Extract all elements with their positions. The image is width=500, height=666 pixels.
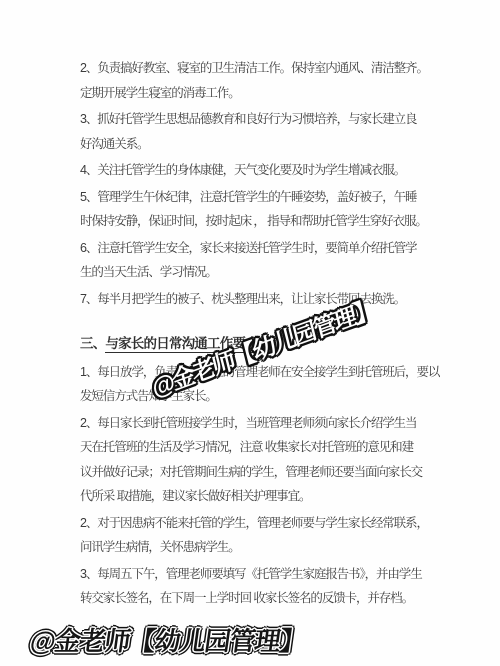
text-line: 转交家长签名，在下周一上学时回 收家长签名的反馈卡，并存档。 [80,586,440,611]
text-line: 定期开展学生寝室的消毒工作。 [80,81,440,106]
paragraph: 6、注意托管学生安全，家长来接送托管学生时，要简单介绍托管学生的当天生活、学习情… [80,236,440,285]
text-line: 发短信方式告知学生家长。 [80,384,440,409]
text-line: 问讯学生病情，关怀患病学生。 [80,535,440,560]
text-line: 3、每周五下午，管理老师要填写《托管学生家庭报告书》，并由学生 [80,562,440,587]
text-line: 议并做好记录；对托管期间生病的学生，管理老师还要当面向家长交 [80,460,440,485]
paragraph: 5、管理学生午休纪律，注意托管学生的午睡姿势，盖好被子，午睡时保持安静，保证时间… [80,185,440,234]
text-line: 7、每半月把学生的被子、枕头整理出来，让让家长带回去换洗。 [80,287,440,312]
paragraph: 1、每日放学，负责接送学生的管理老师在安全接学生到托管班后，要以发短信方式告知学… [80,360,440,409]
paragraph: 7、每半月把学生的被子、枕头整理出来，让让家长带回去换洗。 [80,287,440,312]
text-line: 5、管理学生午休纪律，注意托管学生的午睡姿势，盖好被子，午睡 [80,185,440,210]
text-line: 好沟通关系。 [80,132,440,157]
text-line: 2、每日家长到托管班接学生时，当班管理老师须向家长介绍学生当 [80,411,440,436]
text-line: 代所采 取措施，建议家长做好相关护理事宜。 [80,484,440,509]
paragraph: 3、每周五下午，管理老师要填写《托管学生家庭报告书》，并由学生转交家长签名，在下… [80,562,440,611]
paragraph: 4、关注托管学生的身体康健，天气变化要及时为学生增减衣服。 [80,158,440,183]
text-line: 6、注意托管学生安全，家长来接送托管学生时，要简单介绍托管学 [80,236,440,261]
paragraph: 2、每日家长到托管班接学生时，当班管理老师须向家长介绍学生当天在托管班的生活及学… [80,411,440,509]
text-line: 2、对于因患病不能来托管的学生，管理老师要与学生家长经常联系， [80,511,440,536]
document-page: 2、负责搞好教室、寝室的卫生清洁工作。保持室内通风、清洁整齐。定期开展学生寝室的… [0,0,500,666]
text-line: 4、关注托管学生的身体康健，天气变化要及时为学生增减衣服。 [80,158,440,183]
text-line: 生的当天生活、学习情况。 [80,260,440,285]
text-line: 2、负责搞好教室、寝室的卫生清洁工作。保持室内通风、清洁整齐。 [80,56,440,81]
text-line: 3、抓好托管学生思想品德教育和良好行为习惯培养，与家长建立良 [80,107,440,132]
text-line: 时保持安静，保证时间，按时起床 ， 指导和帮助托管学生穿好衣服。 [80,209,440,234]
section-heading-number: 三、 [80,336,105,351]
paragraph: 2、负责搞好教室、寝室的卫生清洁工作。保持室内通风、清洁整齐。定期开展学生寝室的… [80,56,440,105]
bottom-watermark: @金老师【幼儿园管理】 [28,621,308,658]
text-line: 天在托管班的生活及学习情况，注意 收集家长对托管班的意见和建 [80,435,440,460]
paragraph: 3、抓好托管学生思想品德教育和良好行为习惯培养，与家长建立良好沟通关系。 [80,107,440,156]
paragraph: 2、对于因患病不能来托管的学生，管理老师要与学生家长经常联系，问讯学生病情，关怀… [80,511,440,560]
